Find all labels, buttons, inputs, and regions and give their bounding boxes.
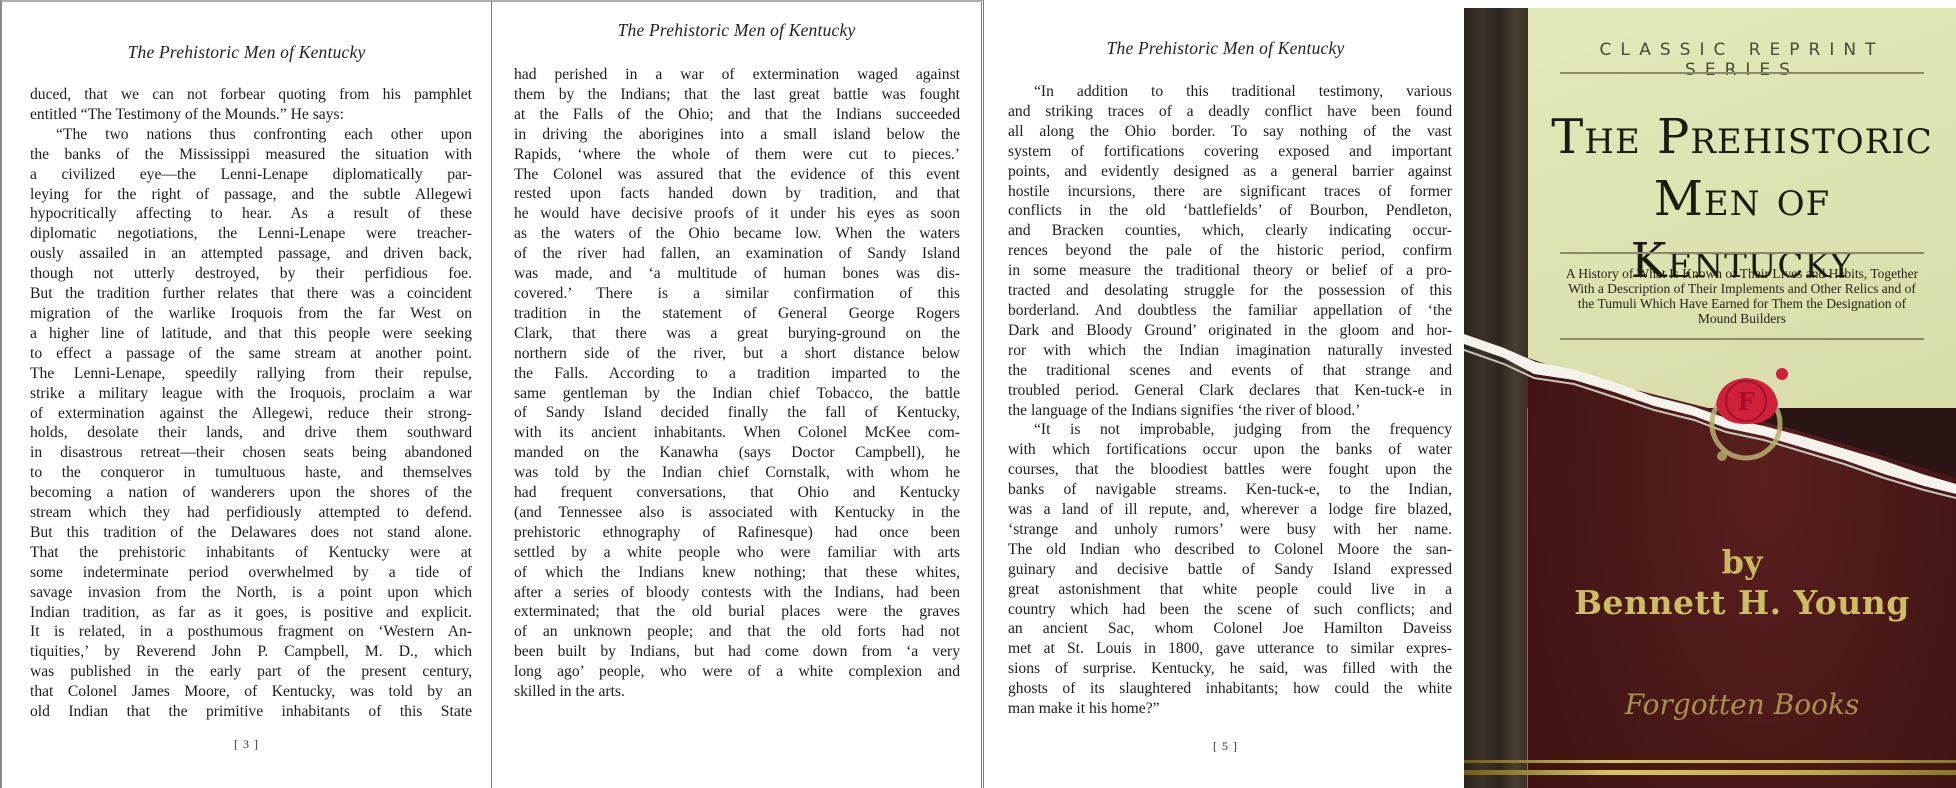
- text-line: settled by a white people who were famil…: [514, 543, 960, 563]
- text-line: exterminated; that the old burial places…: [514, 602, 960, 622]
- text-line: at the Falls of the Ohio; and that the I…: [514, 105, 960, 125]
- book-page-5: The Prehistoric Men of Kentucky “In addi…: [986, 0, 1465, 788]
- text-line: That the prehistoric inhabitants of Kent…: [30, 543, 472, 563]
- text-line: to the conqueror in tumultuous haste, an…: [30, 463, 472, 483]
- gold-border-line: [1464, 760, 1956, 763]
- text-line: troubled period. General Clark declares …: [1008, 381, 1452, 401]
- text-line: (and Tennessee also is associated with K…: [514, 503, 960, 523]
- page-body-text: duced, that we can not forbear quoting f…: [30, 85, 472, 722]
- text-line: hypocritically affecting to hear. As a r…: [30, 204, 472, 224]
- text-line: after a series of bloody contests with t…: [514, 583, 960, 603]
- text-line: in driving the aborigines into a small i…: [514, 125, 960, 145]
- text-line: But the tradition further relates that t…: [30, 284, 472, 304]
- text-line: of the river had fallen, an examination …: [514, 244, 960, 264]
- text-line: same gentleman by the Indian chief Tobac…: [514, 384, 960, 404]
- text-line: conflicts in the old ‘battlefields’ of B…: [1008, 201, 1452, 221]
- text-line: becoming a nation of wanderers upon the …: [30, 483, 472, 503]
- text-line: strike a military league with the Iroquo…: [30, 384, 472, 404]
- text-line: entitled “The Testimony of the Mounds.” …: [30, 105, 472, 125]
- text-line: great astonishment that white people cou…: [1008, 580, 1452, 600]
- text-line: a civilized eye—the Lenni-Lenape diploma…: [30, 165, 472, 185]
- cover-author: Bennett H. Young: [1528, 583, 1956, 622]
- text-line: It is related, in a posthumous fragment …: [30, 622, 472, 642]
- page-number: [ 5 ]: [986, 739, 1465, 754]
- wax-seal-icon: F: [1696, 364, 1796, 464]
- text-line: to effect a passage of the same stream a…: [30, 344, 472, 364]
- text-line: But this tradition of the Delawares does…: [30, 523, 472, 543]
- text-line: ghosts of its slaughtered inhabitants; h…: [1008, 679, 1452, 699]
- page-body-text: had perished in a war of extermination w…: [514, 65, 960, 702]
- text-line: stream which they had perfidiously attem…: [30, 503, 472, 523]
- text-line: “It is not improbable, judging from the …: [1008, 420, 1452, 440]
- text-line: “The two nations thus confronting each o…: [30, 125, 472, 145]
- text-line: and striking traces of a deadly conflict…: [1008, 102, 1452, 122]
- book-spine: [1464, 8, 1528, 788]
- text-line: all along the Ohio border. To say nothin…: [1008, 122, 1452, 142]
- page-number: [ 3 ]: [2, 737, 491, 752]
- cover-by: by: [1528, 543, 1956, 581]
- text-line: rested upon facts handed down by traditi…: [514, 184, 960, 204]
- text-line: the banks of the Mississippi measured th…: [30, 145, 472, 165]
- text-line: savage invasion from the North, is a poi…: [30, 583, 472, 603]
- text-line: that Colonel James Moore, of Kentucky, w…: [30, 682, 472, 702]
- text-line: though not utterly destroyed, by their p…: [30, 264, 472, 284]
- text-line: ously assailed in an attempted passage, …: [30, 244, 472, 264]
- running-head: The Prehistoric Men of Kentucky: [2, 42, 491, 63]
- running-head: The Prehistoric Men of Kentucky: [492, 20, 981, 41]
- cover-title-line1: The Prehistoric: [1536, 106, 1948, 168]
- text-line: sions of surprise. Kentucky, he said, wa…: [1008, 659, 1452, 679]
- running-head: The Prehistoric Men of Kentucky: [986, 38, 1465, 59]
- text-line: some indeterminate period overwhelmed by…: [30, 563, 472, 583]
- text-line: points, and evidently designed as a gene…: [1008, 162, 1452, 182]
- book-cover: CLASSIC REPRINT SERIES The Prehistoric M…: [1464, 8, 1956, 788]
- publisher-logo: Forgotten Books: [1528, 688, 1956, 721]
- text-line: courses, that the bloodiest battles were…: [1008, 460, 1452, 480]
- text-line: had perished in a war of extermination w…: [514, 65, 960, 85]
- text-line: old Indian that the primitive inhabitant…: [30, 702, 472, 722]
- text-line: system of fortifications covering expose…: [1008, 142, 1452, 162]
- text-line: the language of the Indians signifies ‘t…: [1008, 401, 1452, 421]
- text-line: Clark, that there was a great burying-gr…: [514, 324, 960, 344]
- text-line: The Lenni-Lenape, speedily rallying from…: [30, 364, 472, 384]
- text-line: banks of navigable streams. Ken-tuck-e, …: [1008, 480, 1452, 500]
- text-line: Indian tradition, as far as it goes, is …: [30, 603, 472, 623]
- text-line: tiquities,’ by Reverend John P. Campbell…: [30, 642, 472, 662]
- text-line: diplomatic negotiations, the Lenni-Lenap…: [30, 224, 472, 244]
- text-line: the traditional scenes and events of tha…: [1008, 361, 1452, 381]
- text-line: was made, and ‘a multitude of human bone…: [514, 264, 960, 284]
- divider-rule: [1560, 72, 1924, 74]
- text-line: borderland. And doubtless the familiar a…: [1008, 301, 1452, 321]
- text-line: long ago’ people, who were of a white co…: [514, 662, 960, 682]
- text-line: Dark and Bloody Ground’ originated in th…: [1008, 321, 1452, 341]
- cover-subtitle: A History of What Is Known of Their Live…: [1560, 266, 1924, 326]
- divider-rule: [1560, 338, 1924, 340]
- text-line: migration of the warlike Iroquois from t…: [30, 304, 472, 324]
- text-line: was told by the Indian chief Cornstalk, …: [514, 463, 960, 483]
- text-line: of Sandy Island decided finally the fall…: [514, 403, 960, 423]
- text-line: in disastrous retreat—their chosen seats…: [30, 443, 472, 463]
- text-line: in some measure the traditional theory o…: [1008, 261, 1452, 281]
- text-line: skilled in the arts.: [514, 682, 960, 702]
- text-line: tradition in the statement of General Ge…: [514, 304, 960, 324]
- book-page-4: The Prehistoric Men of Kentucky had peri…: [491, 0, 984, 788]
- text-line: he would have decisive proofs of it unde…: [514, 204, 960, 224]
- text-line: the Falls. According to a tradition impa…: [514, 364, 960, 384]
- text-line: tracted and desolating struggle for the …: [1008, 281, 1452, 301]
- text-line: been built by Indians, but had come down…: [514, 642, 960, 662]
- text-line: of which the Indians knew nothing; that …: [514, 563, 960, 583]
- book-page-3: The Prehistoric Men of Kentucky duced, t…: [0, 0, 491, 788]
- text-line: Rapids, ‘where the whole of them were cu…: [514, 145, 960, 165]
- text-line: a higher line of latitude, and that this…: [30, 324, 472, 344]
- text-line: ‘strange and unholy rumors’ were busy wi…: [1008, 520, 1452, 540]
- gold-border-line: [1464, 770, 1956, 775]
- text-line: hostile incursions, there are significan…: [1008, 182, 1452, 202]
- series-label: CLASSIC REPRINT SERIES: [1560, 40, 1924, 80]
- text-line: an ancient Sac, whom Colonel Joe Hamilto…: [1008, 619, 1452, 639]
- text-line: ror with which the Indian imagination na…: [1008, 341, 1452, 361]
- svg-text:F: F: [1737, 387, 1754, 416]
- text-line: had frequent conversations, that Ohio an…: [514, 483, 960, 503]
- text-line: country which had been the scene of such…: [1008, 600, 1452, 620]
- text-line: guinary and decisive battle of Sandy Isl…: [1008, 560, 1452, 580]
- text-line: man make it his home?”: [1008, 699, 1452, 719]
- text-line: duced, that we can not forbear quoting f…: [30, 85, 472, 105]
- text-line: northern side of the river, but a short …: [514, 344, 960, 364]
- text-line: of an unknown people; and that the old f…: [514, 622, 960, 642]
- text-line: met at St. Louis in 1800, gave utterance…: [1008, 639, 1452, 659]
- text-line: prehistoric ethnography of Rafinesque) h…: [514, 523, 960, 543]
- divider-rule: [1560, 252, 1924, 254]
- text-line: was a land of ill repute, and, wherever …: [1008, 500, 1452, 520]
- text-line: holds, desolate their lands, and drive t…: [30, 423, 472, 443]
- text-line: with which fortifications occur upon the…: [1008, 440, 1452, 460]
- text-line: leying for the right of passage, and the…: [30, 185, 472, 205]
- text-line: was published in the early part of the p…: [30, 662, 472, 682]
- text-line: The Colonel was assured that the evidenc…: [514, 165, 960, 185]
- text-line: as the waters of the Ohio became low. Wh…: [514, 224, 960, 244]
- text-line: rences beyond the pale of the historic p…: [1008, 241, 1452, 261]
- text-line: manded on the Kanawha (says Doctor Campb…: [514, 443, 960, 463]
- text-line: of extermination against the Allegewi, r…: [30, 404, 472, 424]
- text-line: them by the Indians; that the last great…: [514, 85, 960, 105]
- text-line: “In addition to this traditional testimo…: [1008, 82, 1452, 102]
- page-body-text: “In addition to this traditional testimo…: [1008, 82, 1452, 719]
- text-line: and Bracken counties, which, clearly ind…: [1008, 221, 1452, 241]
- text-line: with its ancient inhabitants. When Colon…: [514, 423, 960, 443]
- text-line: covered.’ There is a similar confirmatio…: [514, 284, 960, 304]
- text-line: The old Indian who described to Colonel …: [1008, 540, 1452, 560]
